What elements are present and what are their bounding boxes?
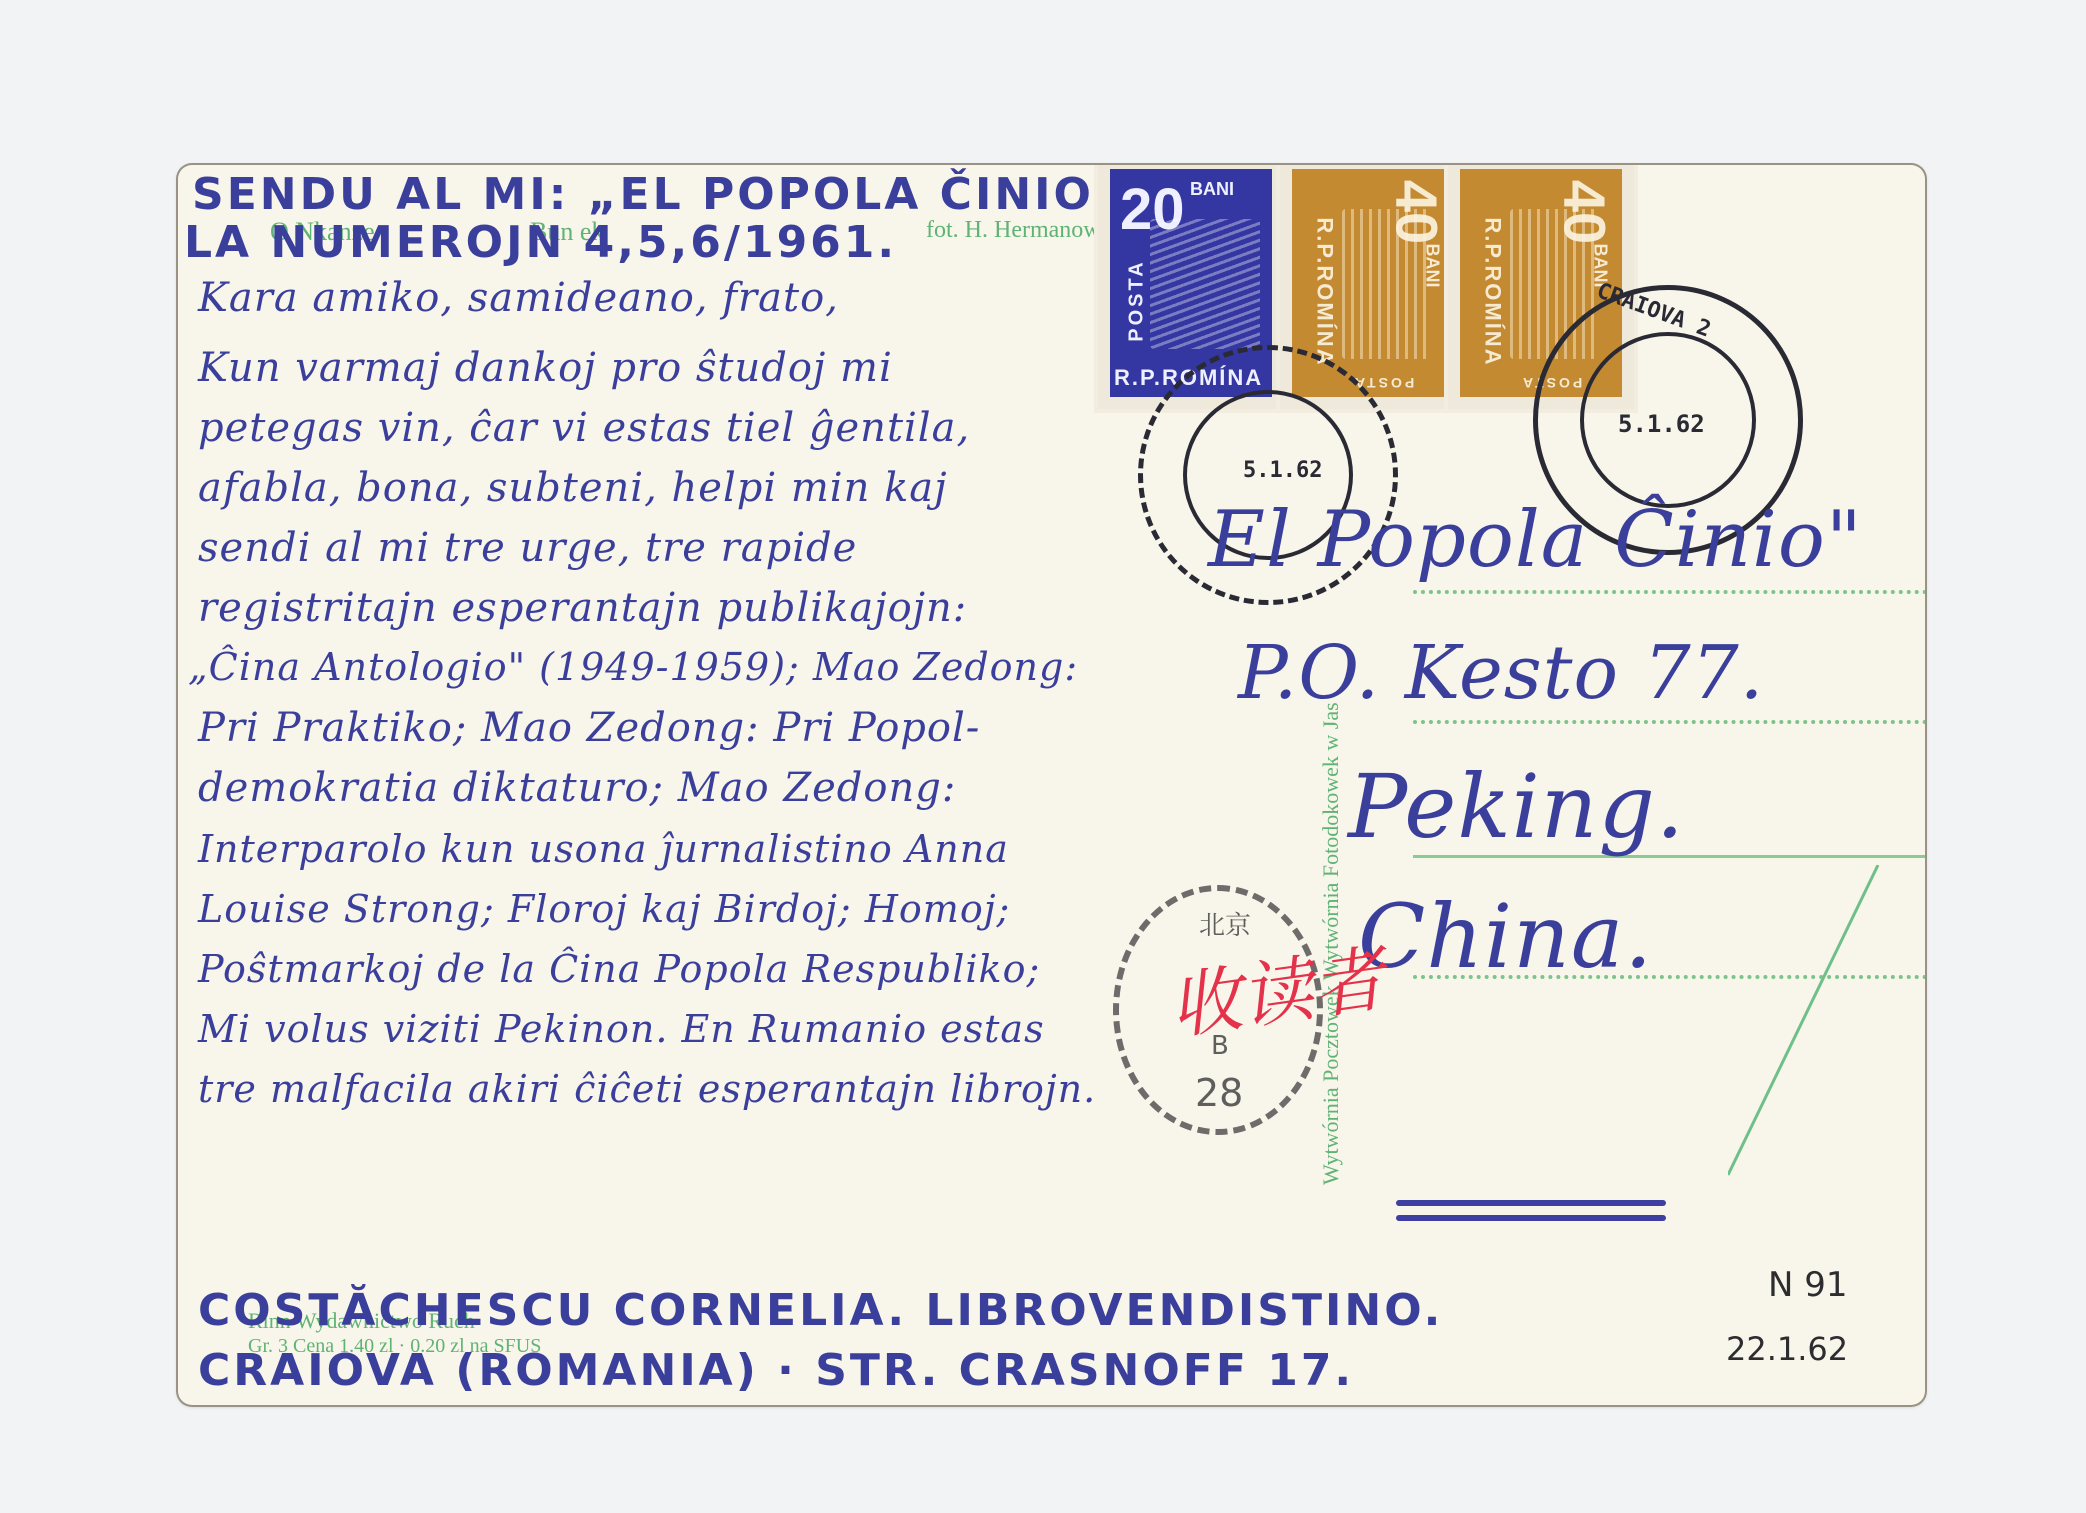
address-country: China. [1358,885,1653,988]
message-line: Mi volus viziti Pekinon. En Rumanio esta… [198,1007,1045,1051]
message-line: Louise Strong; Floroj kaj Birdoj; Homoj; [198,887,1010,931]
postcard: O Nkanze Bun ek fot. H. Hermanowicz Rinn… [178,165,1925,1405]
pencil-note-date: 22.1.62 [1726,1330,1848,1368]
address-recipient: El Popola Ĉinio" [1208,495,1863,585]
message-header-line-1: SENDU AL MI: „EL POPOLA ČINIO" [192,169,1120,220]
address-city: Peking. [1348,755,1685,858]
address-underline-1 [1396,1200,1666,1206]
message-line: sendi al mi tre urge, tre rapide [198,525,857,571]
address-underline-2 [1396,1215,1666,1221]
sender-name-line: COSTĂCHESCU CORNELIA. LIBROVENDISTINO. [198,1285,1443,1336]
message-line: afabla, bona, subteni, helpi min kaj [198,465,948,511]
message-line: tre malfacila akiri ĉiĉeti esperantajn l… [198,1067,1096,1111]
message-line: registritajn esperantajn publikajojn: [198,585,967,631]
message-line: petegas vin, ĉar vi estas tiel ĝentila, [198,405,970,451]
message-line: Poŝtmarkoj de la Ĉina Popola Respubliko; [198,947,1040,991]
message-line: Interparolo kun usona ĵurnalistino Anna [198,827,1009,871]
message-line: Pri Praktiko; Mao Zedong: Pri Popol- [198,705,980,751]
miner-illustration [1150,219,1260,349]
message-line: Kara amiko, samideano, frato, [198,275,839,321]
pencil-note-number: N 91 [1768,1265,1848,1305]
address-po-box: P.O. Kesto 77. [1238,630,1764,716]
address-line-1 [1413,590,1925,594]
message-line: demokratia diktaturo; Mao Zedong: [198,765,956,811]
industry-book-illustration [1342,209,1432,359]
message-header-line-2: LA NUMEROJN 4,5,6/1961. [184,217,897,268]
message-line: Kun varmaj dankoj pro ŝtudoj mi [198,345,893,391]
green-diagonal-line [1728,865,1888,1185]
message-line: „Ĉina Antologio" (1949-1959); Mao Zedong… [188,645,1078,689]
sender-address-line: CRAIOVA (ROMANIA) · STR. CRASNOFF 17. [198,1345,1354,1396]
address-line-2 [1413,720,1925,724]
